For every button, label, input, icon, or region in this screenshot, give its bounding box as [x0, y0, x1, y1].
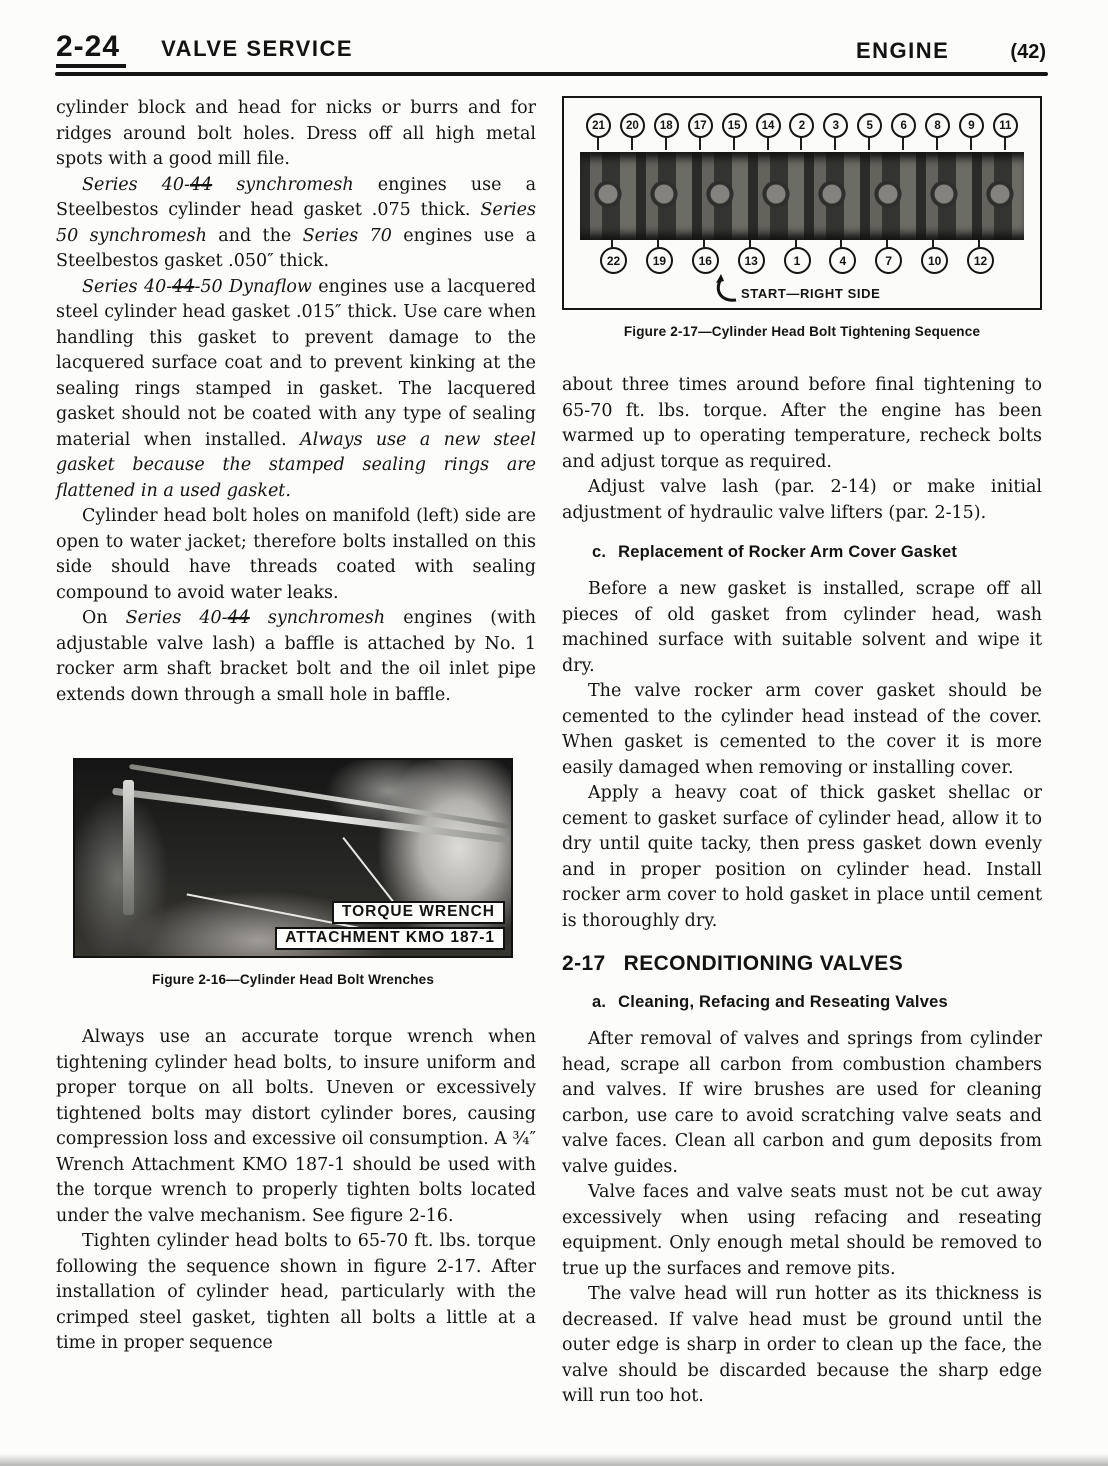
paragraph-scrape-gasket: Before a new gasket is installed, scrape…: [562, 577, 1042, 679]
text-segment: synchromesh: [250, 608, 385, 628]
text-segment: Cylinder head bolt holes on manifold (le…: [56, 506, 536, 603]
heading-c-replacement: c.Replacement of Rocker Arm Cover Gasket: [592, 543, 1042, 562]
text-segment: The valve head will run hotter as its th…: [562, 1284, 1042, 1406]
wrench-photo: TORQUE WRENCH ATTACHMENT KMO 187-1: [73, 758, 513, 958]
page-reference: (42): [1010, 41, 1046, 63]
heading-prefix: c.: [592, 543, 606, 561]
top-bolt-row: 21201817151423568911: [586, 113, 1018, 138]
heading-a-cleaning: a.Cleaning, Refacing and Reseating Valve…: [592, 993, 1042, 1012]
text-segment: -50 Dynaflow: [194, 277, 311, 297]
text-segment: Series 70: [303, 226, 392, 246]
section-title: VALVE SERVICE: [161, 36, 353, 61]
bolt-number-3: 3: [823, 113, 848, 138]
bolt-number-10: 10: [921, 247, 948, 274]
bottom-bolt-row: 221916131471012: [600, 247, 994, 274]
start-annotation-text: START—RIGHT SIDE: [741, 286, 880, 303]
figure-2-16-caption: Figure 2-16—Cylinder Head Bolt Wrenches: [73, 972, 513, 987]
bolt-number-20: 20: [620, 113, 645, 138]
text-segment: about three times around before final ti…: [562, 375, 1042, 472]
text-segment: Series 40-: [126, 608, 228, 628]
two-column-layout: cylinder block and head for nicks or bur…: [0, 76, 1108, 1410]
paragraph-scrape-carbon: After removal of valves and springs from…: [562, 1027, 1042, 1180]
text-segment: cylinder block and head for nicks or bur…: [56, 98, 536, 169]
bolt-number-21: 21: [586, 113, 611, 138]
socket-extension-highlight: [123, 780, 134, 915]
bolt-number-9: 9: [959, 113, 984, 138]
bolt-number-16: 16: [692, 247, 719, 274]
figure-2-17: 21201817151423568911 221916131471012 STA…: [562, 96, 1042, 339]
paragraph-valve-faces: Valve faces and valve seats must not be …: [562, 1180, 1042, 1282]
left-column: cylinder block and head for nicks or bur…: [56, 76, 536, 1410]
text-segment: Always use an accurate torque wrench whe…: [56, 1027, 536, 1226]
text-segment: Valve faces and valve seats must not be …: [562, 1182, 1042, 1279]
paragraph-tighten-sequence: Tighten cylinder head bolts to 65-70 ft.…: [56, 1229, 536, 1357]
bolt-number-17: 17: [688, 113, 713, 138]
bolt-number-11: 11: [993, 113, 1018, 138]
right-column: 21201817151423568911 221916131471012 STA…: [562, 76, 1042, 1410]
bolt-number-13: 13: [738, 247, 765, 274]
start-annotation: START—RIGHT SIDE: [712, 273, 880, 303]
paragraph-bolt-holes: Cylinder head bolt holes on manifold (le…: [56, 504, 536, 606]
paragraph-final-tightening: about three times around before final ti…: [562, 373, 1042, 475]
text-segment: On: [82, 608, 126, 628]
text-segment: Series 40-: [82, 175, 190, 195]
manual-page: 2-24 VALVE SERVICE ENGINE (42) cylinder …: [0, 0, 1108, 1466]
text-segment: synchromesh: [212, 175, 353, 195]
heading-text: RECONDITIONING VALVES: [624, 952, 903, 975]
paragraph-series-gaskets: Series 40-44 synchromesh engines use a S…: [56, 173, 536, 275]
text-segment: The valve rocker arm cover gasket should…: [562, 681, 1042, 778]
text-segment: and the: [207, 226, 303, 246]
figure-2-16: TORQUE WRENCH ATTACHMENT KMO 187-1 Figur…: [73, 758, 513, 987]
paragraph-dynaflow-gasket: Series 40-44-50 Dynaflow engines use a l…: [56, 275, 536, 505]
text-segment: 44: [228, 608, 250, 628]
bolt-number-2: 2: [789, 113, 814, 138]
bolt-number-6: 6: [891, 113, 916, 138]
bolt-number-4: 4: [829, 247, 856, 274]
paragraph-valve-head-heat: The valve head will run hotter as its th…: [562, 1282, 1042, 1410]
header-right: ENGINE (42): [856, 38, 1046, 64]
cylinder-head-photo: [580, 152, 1024, 240]
heading-number: 2-17: [562, 952, 606, 975]
bolt-number-12: 12: [967, 247, 994, 274]
text-segment: Series 40-: [82, 277, 172, 297]
bolt-number-18: 18: [654, 113, 679, 138]
tightening-sequence-diagram: 21201817151423568911 221916131471012 STA…: [562, 96, 1042, 310]
paragraph-cement-to-head: The valve rocker arm cover gasket should…: [562, 679, 1042, 781]
paragraph-baffle: On Series 40-44 synchromesh engines (wit…: [56, 606, 536, 708]
heading-text: Cleaning, Refacing and Reseating Valves: [618, 993, 948, 1011]
text-segment: After removal of valves and springs from…: [562, 1029, 1042, 1177]
chapter-title: ENGINE: [856, 38, 949, 63]
bolt-number-7: 7: [875, 247, 902, 274]
heading-2-17-reconditioning: 2-17RECONDITIONING VALVES: [562, 952, 1042, 976]
bolt-number-5: 5: [857, 113, 882, 138]
text-segment: Apply a heavy coat of thick gasket shell…: [562, 783, 1042, 931]
text-segment: engines use a lacquered steel cylinder h…: [56, 277, 536, 450]
header-left: 2-24 VALVE SERVICE: [56, 30, 353, 64]
text-segment: 44: [190, 175, 212, 195]
page-number: 2-24: [56, 30, 126, 68]
bolt-number-22: 22: [600, 247, 627, 274]
page-header: 2-24 VALVE SERVICE ENGINE (42): [0, 0, 1108, 72]
text-segment: Tighten cylinder head bolts to 65-70 ft.…: [56, 1231, 536, 1353]
text-segment: Before a new gasket is installed, scrape…: [562, 579, 1042, 676]
attachment-kmo-label: ATTACHMENT KMO 187-1: [275, 927, 505, 950]
torque-wrench-label: TORQUE WRENCH: [332, 901, 505, 924]
text-segment: Adjust valve lash (par. 2-14) or make in…: [562, 477, 1042, 523]
paragraph-continuation: cylinder block and head for nicks or bur…: [56, 96, 536, 173]
scan-edge-shadow: [0, 1454, 1108, 1466]
bolt-number-19: 19: [646, 247, 673, 274]
paragraph-apply-shellac: Apply a heavy coat of thick gasket shell…: [562, 781, 1042, 934]
text-segment: 44: [172, 277, 194, 297]
paragraph-torque-wrench: Always use an accurate torque wrench whe…: [56, 1025, 536, 1229]
paragraph-adjust-lash: Adjust valve lash (par. 2-14) or make in…: [562, 475, 1042, 526]
photo-callout-labels: TORQUE WRENCH ATTACHMENT KMO 187-1: [275, 901, 505, 950]
figure-2-17-caption: Figure 2-17—Cylinder Head Bolt Tightenin…: [562, 324, 1042, 339]
bolt-number-15: 15: [722, 113, 747, 138]
heading-text: Replacement of Rocker Arm Cover Gasket: [618, 543, 957, 561]
bolt-number-14: 14: [756, 113, 781, 138]
bolt-number-1: 1: [784, 247, 811, 274]
curved-arrow-icon: [712, 273, 738, 303]
heading-prefix: a.: [592, 993, 606, 1011]
bolt-number-8: 8: [925, 113, 950, 138]
